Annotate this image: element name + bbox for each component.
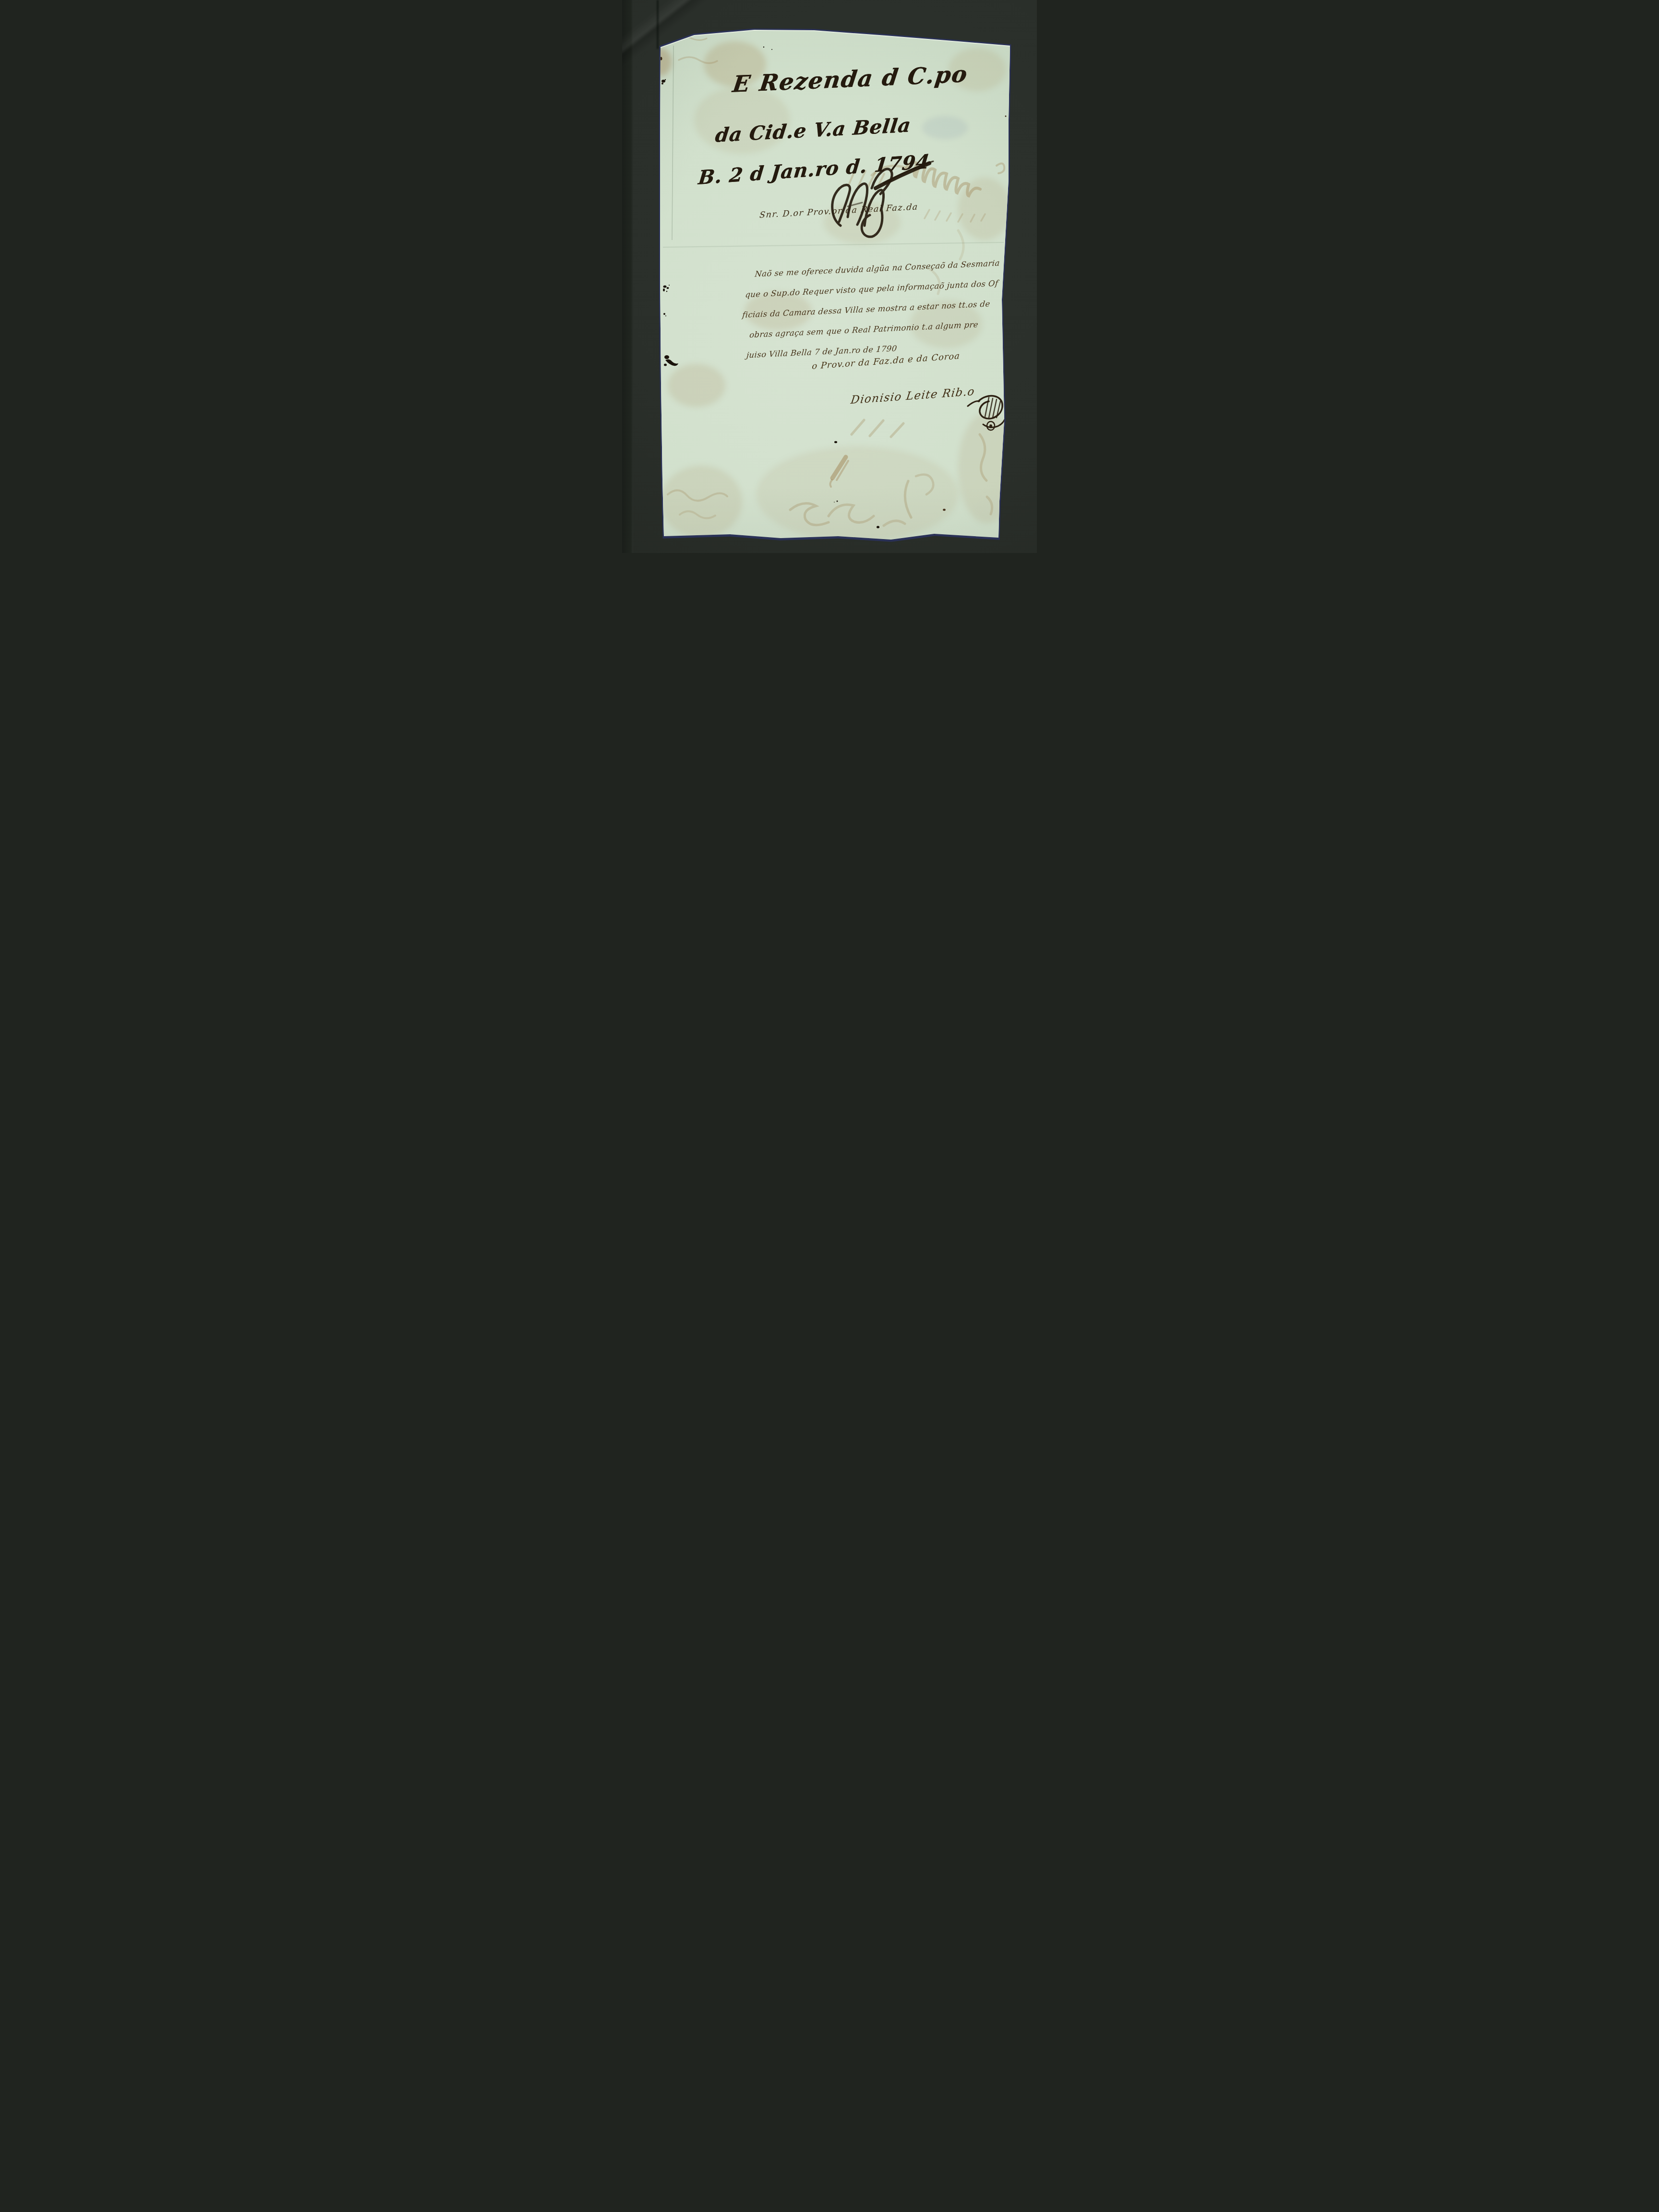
faint-blue-offset-mark <box>922 116 968 139</box>
manuscript-page: E Rezenda d C.po da Cid.e V.a Bella B. 2… <box>622 0 1037 553</box>
body-paragraph: Naõ se me oferece duvida algũa na Conseç… <box>740 253 994 365</box>
manuscript-scan: E Rezenda d C.po da Cid.e V.a Bella B. 2… <box>622 0 1037 553</box>
stain <box>958 178 1011 240</box>
backdrop-left-fold <box>622 0 633 553</box>
stain <box>757 446 958 542</box>
backdrop-crease-vertical <box>657 0 659 49</box>
stain <box>661 466 742 538</box>
stain <box>668 364 725 407</box>
